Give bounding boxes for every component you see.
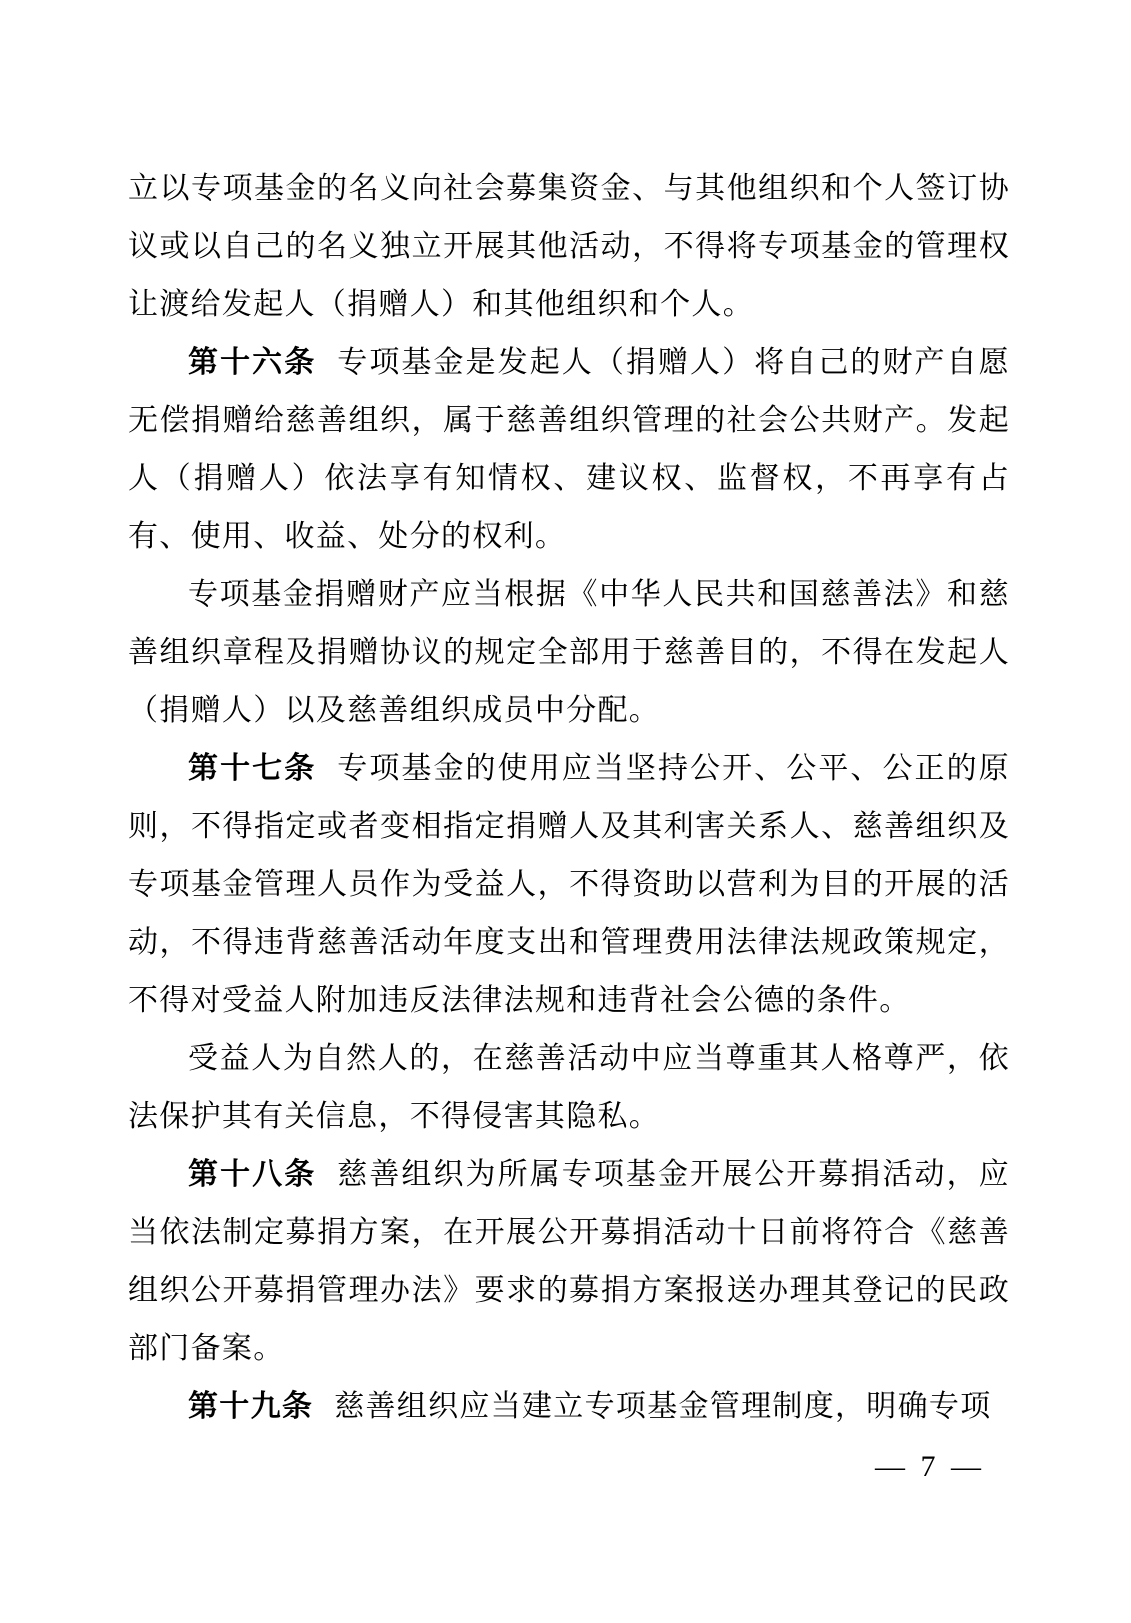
paragraph-text: 慈善组织应当建立专项基金管理制度，明确专项 [334, 1390, 991, 1423]
article-number-19: 第十九条 [188, 1390, 313, 1423]
paragraph: 立以专项基金的名义向社会募集资金、与其他组织和个人签订协议或以自己的名义独立开展… [128, 160, 1010, 334]
article-number-16: 第十六条 [188, 346, 316, 379]
article-number-17: 第十七条 [188, 752, 316, 785]
paragraph: 第十六条专项基金是发起人（捐赠人）将自己的财产自愿无偿捐赠给慈善组织，属于慈善组… [128, 334, 1010, 566]
paragraph-text: 专项基金的使用应当坚持公开、公平、公正的原则，不得指定或者变相指定捐赠人及其利害… [128, 752, 1010, 1017]
paragraph-text: 专项基金捐赠财产应当根据《中华人民共和国慈善法》和慈善组织章程及捐赠协议的规定全… [128, 578, 1010, 727]
page-number: — 7 — [875, 1450, 985, 1484]
paragraph: 第十八条慈善组织为所属专项基金开展公开募捐活动，应当依法制定募捐方案，在开展公开… [128, 1146, 1010, 1378]
paragraph: 第十七条专项基金的使用应当坚持公开、公平、公正的原则，不得指定或者变相指定捐赠人… [128, 740, 1010, 1030]
paragraph-text: 受益人为自然人的，在慈善活动中应当尊重其人格尊严，依法保护其有关信息，不得侵害其… [128, 1042, 1010, 1133]
paragraph-text: 立以专项基金的名义向社会募集资金、与其他组织和个人签订协议或以自己的名义独立开展… [128, 172, 1010, 321]
paragraph: 第十九条慈善组织应当建立专项基金管理制度，明确专项 [128, 1378, 1010, 1436]
page-body-text: 立以专项基金的名义向社会募集资金、与其他组织和个人签订协议或以自己的名义独立开展… [128, 160, 1010, 1436]
paragraph: 受益人为自然人的，在慈善活动中应当尊重其人格尊严，依法保护其有关信息，不得侵害其… [128, 1030, 1010, 1146]
paragraph: 专项基金捐赠财产应当根据《中华人民共和国慈善法》和慈善组织章程及捐赠协议的规定全… [128, 566, 1010, 740]
article-number-18: 第十八条 [188, 1158, 316, 1191]
document-page: 立以专项基金的名义向社会募集资金、与其他组织和个人签订协议或以自己的名义独立开展… [0, 0, 1131, 1623]
